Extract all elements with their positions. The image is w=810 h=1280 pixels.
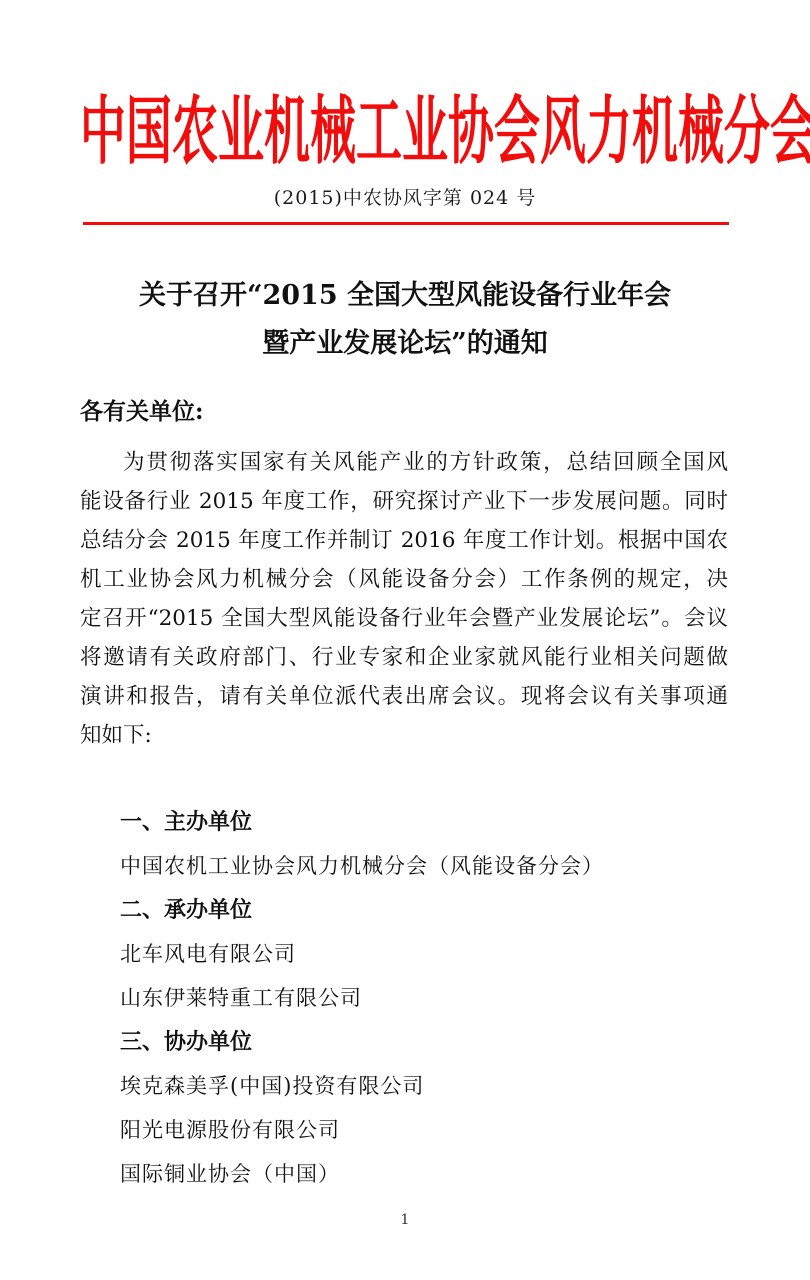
section-co-organizer: 三、协办单位 埃克森美孚(中国)投资有限公司 阳光电源股份有限公司 国际铜业协会… — [120, 1020, 740, 1196]
letterhead-char: 国 — [126, 94, 172, 168]
letterhead-char: 中 — [80, 94, 126, 168]
letterhead-char: 协 — [448, 94, 494, 168]
section-host: 二、承办单位 北车风电有限公司 山东伊莱特重工有限公司 — [120, 888, 740, 1020]
letterhead-char: 分 — [724, 94, 770, 168]
body-paragraph: 为贯彻落实国家有关风能产业的方针政策，总结回顾全国风 能设备行业 2015 年度… — [80, 443, 728, 755]
paragraph-line: 能设备行业 2015 年度工作，研究探讨产业下一步发展问题。同时 — [80, 482, 728, 521]
paragraph-line: 知如下: — [80, 716, 728, 755]
section-heading: 三、协办单位 — [120, 1020, 740, 1064]
letterhead-divider — [83, 222, 729, 225]
notice-title-line: 关于召开“2015 全国大型风能设备行业年会 — [0, 272, 810, 320]
letterhead-char: 会 — [770, 94, 810, 168]
paragraph-line: 演讲和报告，请有关单位派代表出席会议。现将会议有关事项通 — [80, 677, 728, 716]
section-item: 北车风电有限公司 — [120, 932, 740, 976]
notice-title-line: 暨产业发展论坛”的通知 — [0, 320, 810, 368]
section-item: 阳光电源股份有限公司 — [120, 1108, 740, 1152]
section-item: 国际铜业协会（中国） — [120, 1152, 740, 1196]
letterhead-char: 力 — [586, 94, 632, 168]
letterhead-char: 风 — [540, 94, 586, 168]
letterhead-char: 机 — [632, 94, 678, 168]
section-heading: 二、承办单位 — [120, 888, 740, 932]
section-item: 中国农机工业协会风力机械分会（风能设备分会） — [120, 844, 740, 888]
letterhead-char: 工 — [356, 94, 402, 168]
section-item: 山东伊莱特重工有限公司 — [120, 976, 740, 1020]
section-organizer: 一、主办单位 中国农机工业协会风力机械分会（风能设备分会） — [120, 800, 740, 888]
document-number: (2015)中农协风字第 024 号 — [0, 186, 810, 210]
letterhead-char: 农 — [172, 94, 218, 168]
paragraph-line: 机工业协会风力机械分会（风能设备分会）工作条例的规定，决 — [80, 560, 728, 599]
paragraph-line: 总结分会 2015 年度工作并制订 2016 年度工作计划。根据中国农 — [80, 521, 728, 560]
document-page: 中 国 农 业 机 械 工 业 协 会 风 力 机 械 分 会 (2015)中农… — [0, 0, 810, 1280]
paragraph-line: 将邀请有关政府部门、行业专家和企业家就风能行业相关问题做 — [80, 638, 728, 677]
letterhead-char: 械 — [678, 94, 724, 168]
letterhead-org-name: 中 国 农 业 机 械 工 业 协 会 风 力 机 械 分 会 — [80, 88, 730, 174]
letterhead-char: 业 — [402, 94, 448, 168]
letterhead-char: 机 — [264, 94, 310, 168]
sections-list: 一、主办单位 中国农机工业协会风力机械分会（风能设备分会） 二、承办单位 北车风… — [120, 800, 740, 1196]
notice-title: 关于召开“2015 全国大型风能设备行业年会 暨产业发展论坛”的通知 — [0, 272, 810, 368]
section-item: 埃克森美孚(中国)投资有限公司 — [120, 1064, 740, 1108]
letterhead-char: 业 — [218, 94, 264, 168]
page-number: 1 — [0, 1210, 810, 1230]
letterhead-char: 械 — [310, 94, 356, 168]
section-heading: 一、主办单位 — [120, 800, 740, 844]
paragraph-line: 为贯彻落实国家有关风能产业的方针政策，总结回顾全国风 — [80, 443, 728, 482]
salutation: 各有关单位: — [80, 396, 204, 428]
letterhead-char: 会 — [494, 94, 540, 168]
paragraph-line: 定召开“2015 全国大型风能设备行业年会暨产业发展论坛”。会议 — [80, 599, 728, 638]
